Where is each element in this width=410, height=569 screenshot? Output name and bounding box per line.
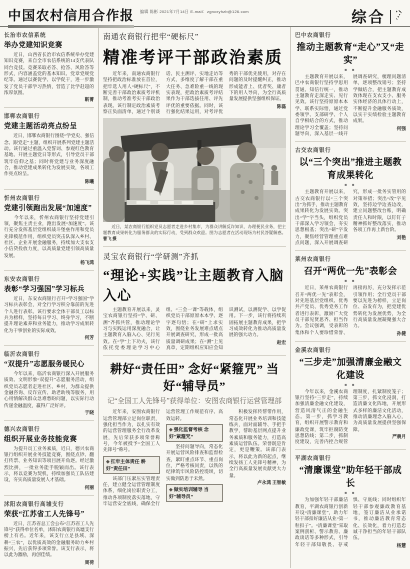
- center-column: 南通农商银行把牢“硬标尺” 精准考评干部政治素质 近年来，南通农商银行坚持把政治…: [99, 27, 291, 568]
- ornament-dots: ■ ■: [295, 382, 406, 387]
- page-number: 7: [395, 8, 403, 25]
- divider: [103, 246, 286, 247]
- article-kicker: 平湖农商银行: [295, 454, 406, 462]
- article-byline: 何芳: [4, 335, 94, 341]
- divider: [4, 270, 94, 271]
- article-body: 近日，邯郸农商银行围绕“学党史、强信念、跟党走”主题，组织开展系列党建主题活动。…: [4, 133, 94, 177]
- divider: [4, 420, 94, 421]
- photo-caption: 近日，某农商银行组织党员志愿者走进乡村集市，为群众讲解反诈知识、办理便民业务，把…: [103, 224, 286, 242]
- mid-article: 灵宝农商银行“学研测”齐抓 “理论+实践”让主题教育入脑入心 主题教育开展以来，…: [103, 251, 286, 351]
- photo-credit: 曹飞 摄: [103, 236, 117, 241]
- article-body: 为加强年轻干部廉洁教育，平湖农商银行创新开设“清廉课堂”，助力年轻干部扣好廉洁从…: [295, 497, 406, 548]
- right-article: 巴中农商银行 推动主题教育“走心”又“走实” ■ ■ 主题教育开展以来，巴中农商…: [295, 31, 406, 137]
- article-kicker: 巴中农商银行: [295, 31, 406, 39]
- article-byline: 陈曦: [4, 179, 94, 185]
- article-title: 党建引领跑出发展“加速度”: [4, 203, 94, 213]
- newspaper-page: 中国农村信用合作报 编辑 陈彬 2021年7月14日 E-mail：zgncxy…: [0, 0, 410, 569]
- article-byline: 孙健: [353, 331, 406, 337]
- section-subhead: ◆扛牢主体责任 耕好“责任田”: [103, 456, 160, 474]
- article-byline: 靳菁: [4, 97, 94, 103]
- right-article: 古交农商银行 以“三个突出”推进主题教育成果转化 ■ ■ 主题教育开展以来，古交…: [295, 146, 406, 246]
- edition-meta: 编辑 陈彬 2021年7月14日 E-mail：zgncxyhzb@126.co…: [140, 9, 249, 15]
- subhead-label: 做实培训辅导 当好“辅导员”: [169, 488, 209, 500]
- article-kicker: 忻州农商银行: [4, 194, 94, 202]
- section-body: 积极发挥传帮带作用，常态化开展业务培训和技能练兵，面对面辅导、手把手教学，帮助基…: [229, 409, 286, 479]
- article-byline: 杨飞鸿: [4, 260, 94, 266]
- article-body: 为提升员工业务素质，近日，德兴农商银行组织开展业务技能竞赛，围绕点钞、翻打传票、…: [4, 446, 94, 484]
- ornament-dots: ■ ■: [295, 67, 406, 72]
- divider: [4, 345, 94, 346]
- article-body: 近日，山西省长治市农信系统举办党建知识竞赛，来自全市农信系统的14支代表队同台竞…: [4, 52, 94, 96]
- lead-article: 南通农商银行把牢“硬标尺” 精准考评干部政治素质 近年来，南通农商银行坚持把政治…: [103, 31, 286, 115]
- bottom-headline: 耕好“责任田” 念好“紧箍咒” 当好“辅导员”: [103, 360, 286, 394]
- ornament-dots: ■ ■: [295, 182, 406, 187]
- divider: [295, 141, 406, 142]
- article-title: “清廉课堂”助年轻干部成长: [295, 463, 406, 489]
- article-kicker: 古交农商银行: [295, 146, 406, 154]
- article-kicker: 沭阳农商银行高墟支行: [4, 500, 94, 508]
- article-byline: 严晨月: [353, 434, 406, 440]
- divider: [4, 189, 94, 190]
- divider: [4, 495, 94, 496]
- brief-article: 德兴农商银行 组织开展业务技能竞赛 为提升员工业务素质，近日，德兴农商银行组织开…: [4, 425, 94, 491]
- brief-article: 长治市农信系统 举办党建知识竞赛 近日，山西省长治市农信系统举办党建知识竞赛，来…: [4, 31, 94, 103]
- article-body: 今年以来，临沂农商银行深入开展服务质效、文明形象“双提升”志愿服务活动，组织党员…: [4, 371, 94, 409]
- brief-article: 忻州农商银行 党建引领跑出发展“加速度” 今年以来，忻州农商银行坚持党建引领，聚…: [4, 194, 94, 266]
- article-kicker: 莱州农商银行: [295, 255, 406, 263]
- article-kicker: 长治市农信系统: [4, 31, 94, 39]
- diamond-icon: ◆: [169, 428, 173, 433]
- article-byline: 于晓: [4, 410, 94, 416]
- article-byline: 陈磊: [229, 104, 286, 110]
- article-title: 召开“两优一先”表彰会: [295, 264, 406, 277]
- masthead-underline: [8, 25, 134, 28]
- ornament-dots: ■ ■: [295, 490, 406, 495]
- article-title: 荣获“江苏省工人先锋号”: [4, 509, 94, 519]
- photo-illustration: [103, 118, 286, 222]
- article-intro: 近年来，安图农商银行运营管理部立足岗位职责，强化担当作为，以扎实有效的运营管理服…: [103, 409, 160, 453]
- article-title: 举办党建知识竞赛: [4, 40, 94, 50]
- article-kicker: 金溪农商银行: [295, 346, 406, 354]
- divider: [295, 449, 406, 450]
- brief-article: 东安农商银行 表彰“学习强国”学习标兵 近日，东安农商银行召开“学习强国”学习标…: [4, 275, 94, 341]
- article-kicker: 邯郸农商银行: [4, 112, 94, 120]
- article-byline: 卢永鸿 王智敏: [229, 480, 286, 486]
- article-kicker: 德兴农商银行: [4, 425, 94, 433]
- bottom-subtitle: 记“全国工人先锋号”获得单位：安图农商银行运营管理部: [103, 396, 286, 406]
- article-kicker: 东安农商银行: [4, 275, 94, 283]
- subhead-label: 扛牢主体责任 耕好“责任田”: [106, 460, 146, 472]
- article-body: 近日，莱州农商银行召开“两优一先”表彰会，对先进基层党组织、优秀共产党员、优秀党…: [295, 285, 406, 336]
- article-byline: 赵宏: [229, 340, 286, 346]
- divider: [4, 107, 94, 108]
- article-title: “三步走”加强清廉金融文化建设: [295, 355, 406, 381]
- brief-article: 沭阳农商银行高墟支行 荣获“江苏省工人先锋号” 近日，江苏省总工会公布“江苏省工…: [4, 500, 94, 566]
- article-byline: 杨慧: [353, 543, 406, 549]
- right-article: 莱州农商银行 召开“两优一先”表彰会 ■ ■ 近日，莱州农商银行召开“两优一先”…: [295, 255, 406, 336]
- section-subhead: ◆强化监督考核 念好“紧箍咒”: [166, 424, 223, 442]
- caption-text: 近日，某农商银行组织党员志愿者走进乡村集市，为群众讲解反诈知识、办理便民业务，把…: [103, 224, 286, 235]
- bottom-article: 耕好“责任田” 念好“紧箍咒” 当好“辅导员” 记“全国工人先锋号”获得单位：安…: [103, 360, 286, 507]
- brief-article: 临沂农商银行 “双提升”志愿服务暖民心 今年以来，临沂农商银行深入开展服务质效、…: [4, 350, 94, 416]
- right-article: 平湖农商银行 “清廉课堂”助年轻干部成长 ■ ■ 为加强年轻干部廉洁教育，平湖农…: [295, 454, 406, 548]
- article-kicker: 临沂农商银行: [4, 350, 94, 358]
- divider: [295, 341, 406, 342]
- section-name: 综合: [351, 6, 385, 27]
- article-body: 近日，江苏省总工会公布“江苏省工人先锋号”获得单位名单，沭阳农商银行高墟支行榜上…: [4, 521, 94, 559]
- article-title: 组织开展业务技能竞赛: [4, 434, 94, 444]
- subhead-label: 强化监督考核 念好“紧箍咒”: [169, 428, 209, 440]
- article-kicker: 南通农商银行把牢“硬标尺”: [103, 31, 286, 42]
- article-title: 表彰“学习强国”学习标兵: [4, 284, 94, 294]
- section-subhead: ◆做实培训辅导 当好“辅导员”: [166, 484, 223, 502]
- pageno-divider: [390, 10, 391, 24]
- article-kicker: 灵宝农商银行“学研测”齐抓: [103, 251, 286, 262]
- divider: [103, 355, 286, 356]
- article-title: 党建主题活动亮点纷呈: [4, 121, 94, 131]
- article-title: “双提升”志愿服务暖民心: [4, 359, 94, 369]
- newspaper-title: 中国农村信用合作报: [8, 5, 134, 24]
- brief-article: 邯郸农商银行 党建主题活动亮点纷呈 近日，邯郸农商银行围绕“学党史、强信念、跟党…: [4, 112, 94, 184]
- article-body: 近日，东安农商银行召开“学习强国”学习标兵表彰会，对全行学习积分靠前的先进个人进…: [4, 296, 94, 334]
- divider: [295, 250, 406, 251]
- section-body: 坚持问题导向，常态化开展运营风险排查和监督检查，紧盯重点环节、重点岗位，严格考核…: [166, 444, 223, 482]
- article-title: 以“三个突出”推进主题教育成果转化: [295, 155, 406, 181]
- article-title: 推动主题教育“走心”又“走实”: [295, 40, 406, 66]
- section-pageno: 综合 7: [351, 6, 402, 27]
- page-content: 长治市农信系统 举办党建知识竞赛 近日，山西省长治市农信系统举办党建知识竞赛，来…: [0, 27, 410, 568]
- masthead: 中国农村信用合作报 编辑 陈彬 2021年7月14日 E-mail：zgncxy…: [8, 5, 249, 28]
- diamond-icon: ◆: [169, 488, 173, 493]
- article-byline: 刘艳: [353, 235, 406, 241]
- article-body: 今年以来，忻州农商银行坚持党建引领，聚焦主责主业，跑出发展“加速度”。该行充分发…: [4, 215, 94, 259]
- diamond-icon: ◆: [106, 460, 110, 465]
- right-article: 金溪农商银行 “三步走”加强清廉金融文化建设 ■ ■ 今年以来，金溪农商银行坚持…: [295, 346, 406, 446]
- lead-headline: 精准考评干部政治素质: [103, 44, 286, 68]
- news-photo: 近日，某农商银行组织党员志愿者走进乡村集市，为群众讲解反诈知识、办理便民业务，把…: [103, 118, 286, 242]
- page-header: 中国农村信用合作报 编辑 陈彬 2021年7月14日 E-mail：zgncxy…: [0, 0, 410, 27]
- left-column: 长治市农信系统 举办党建知识竞赛 近日，山西省长治市农信系统举办党建知识竞赛，来…: [0, 27, 99, 568]
- ornament-dots: ■ ■: [295, 278, 406, 283]
- article-byline: 何强: [353, 126, 406, 132]
- right-column: 巴中农商银行 推动主题教育“走心”又“走实” ■ ■ 主题教育开展以来，巴中农商…: [291, 27, 410, 568]
- article-byline: 周荷: [4, 560, 94, 566]
- article-byline: 何丽: [4, 485, 94, 491]
- mid-headline: “理论+实践”让主题教育入脑入心: [103, 264, 286, 304]
